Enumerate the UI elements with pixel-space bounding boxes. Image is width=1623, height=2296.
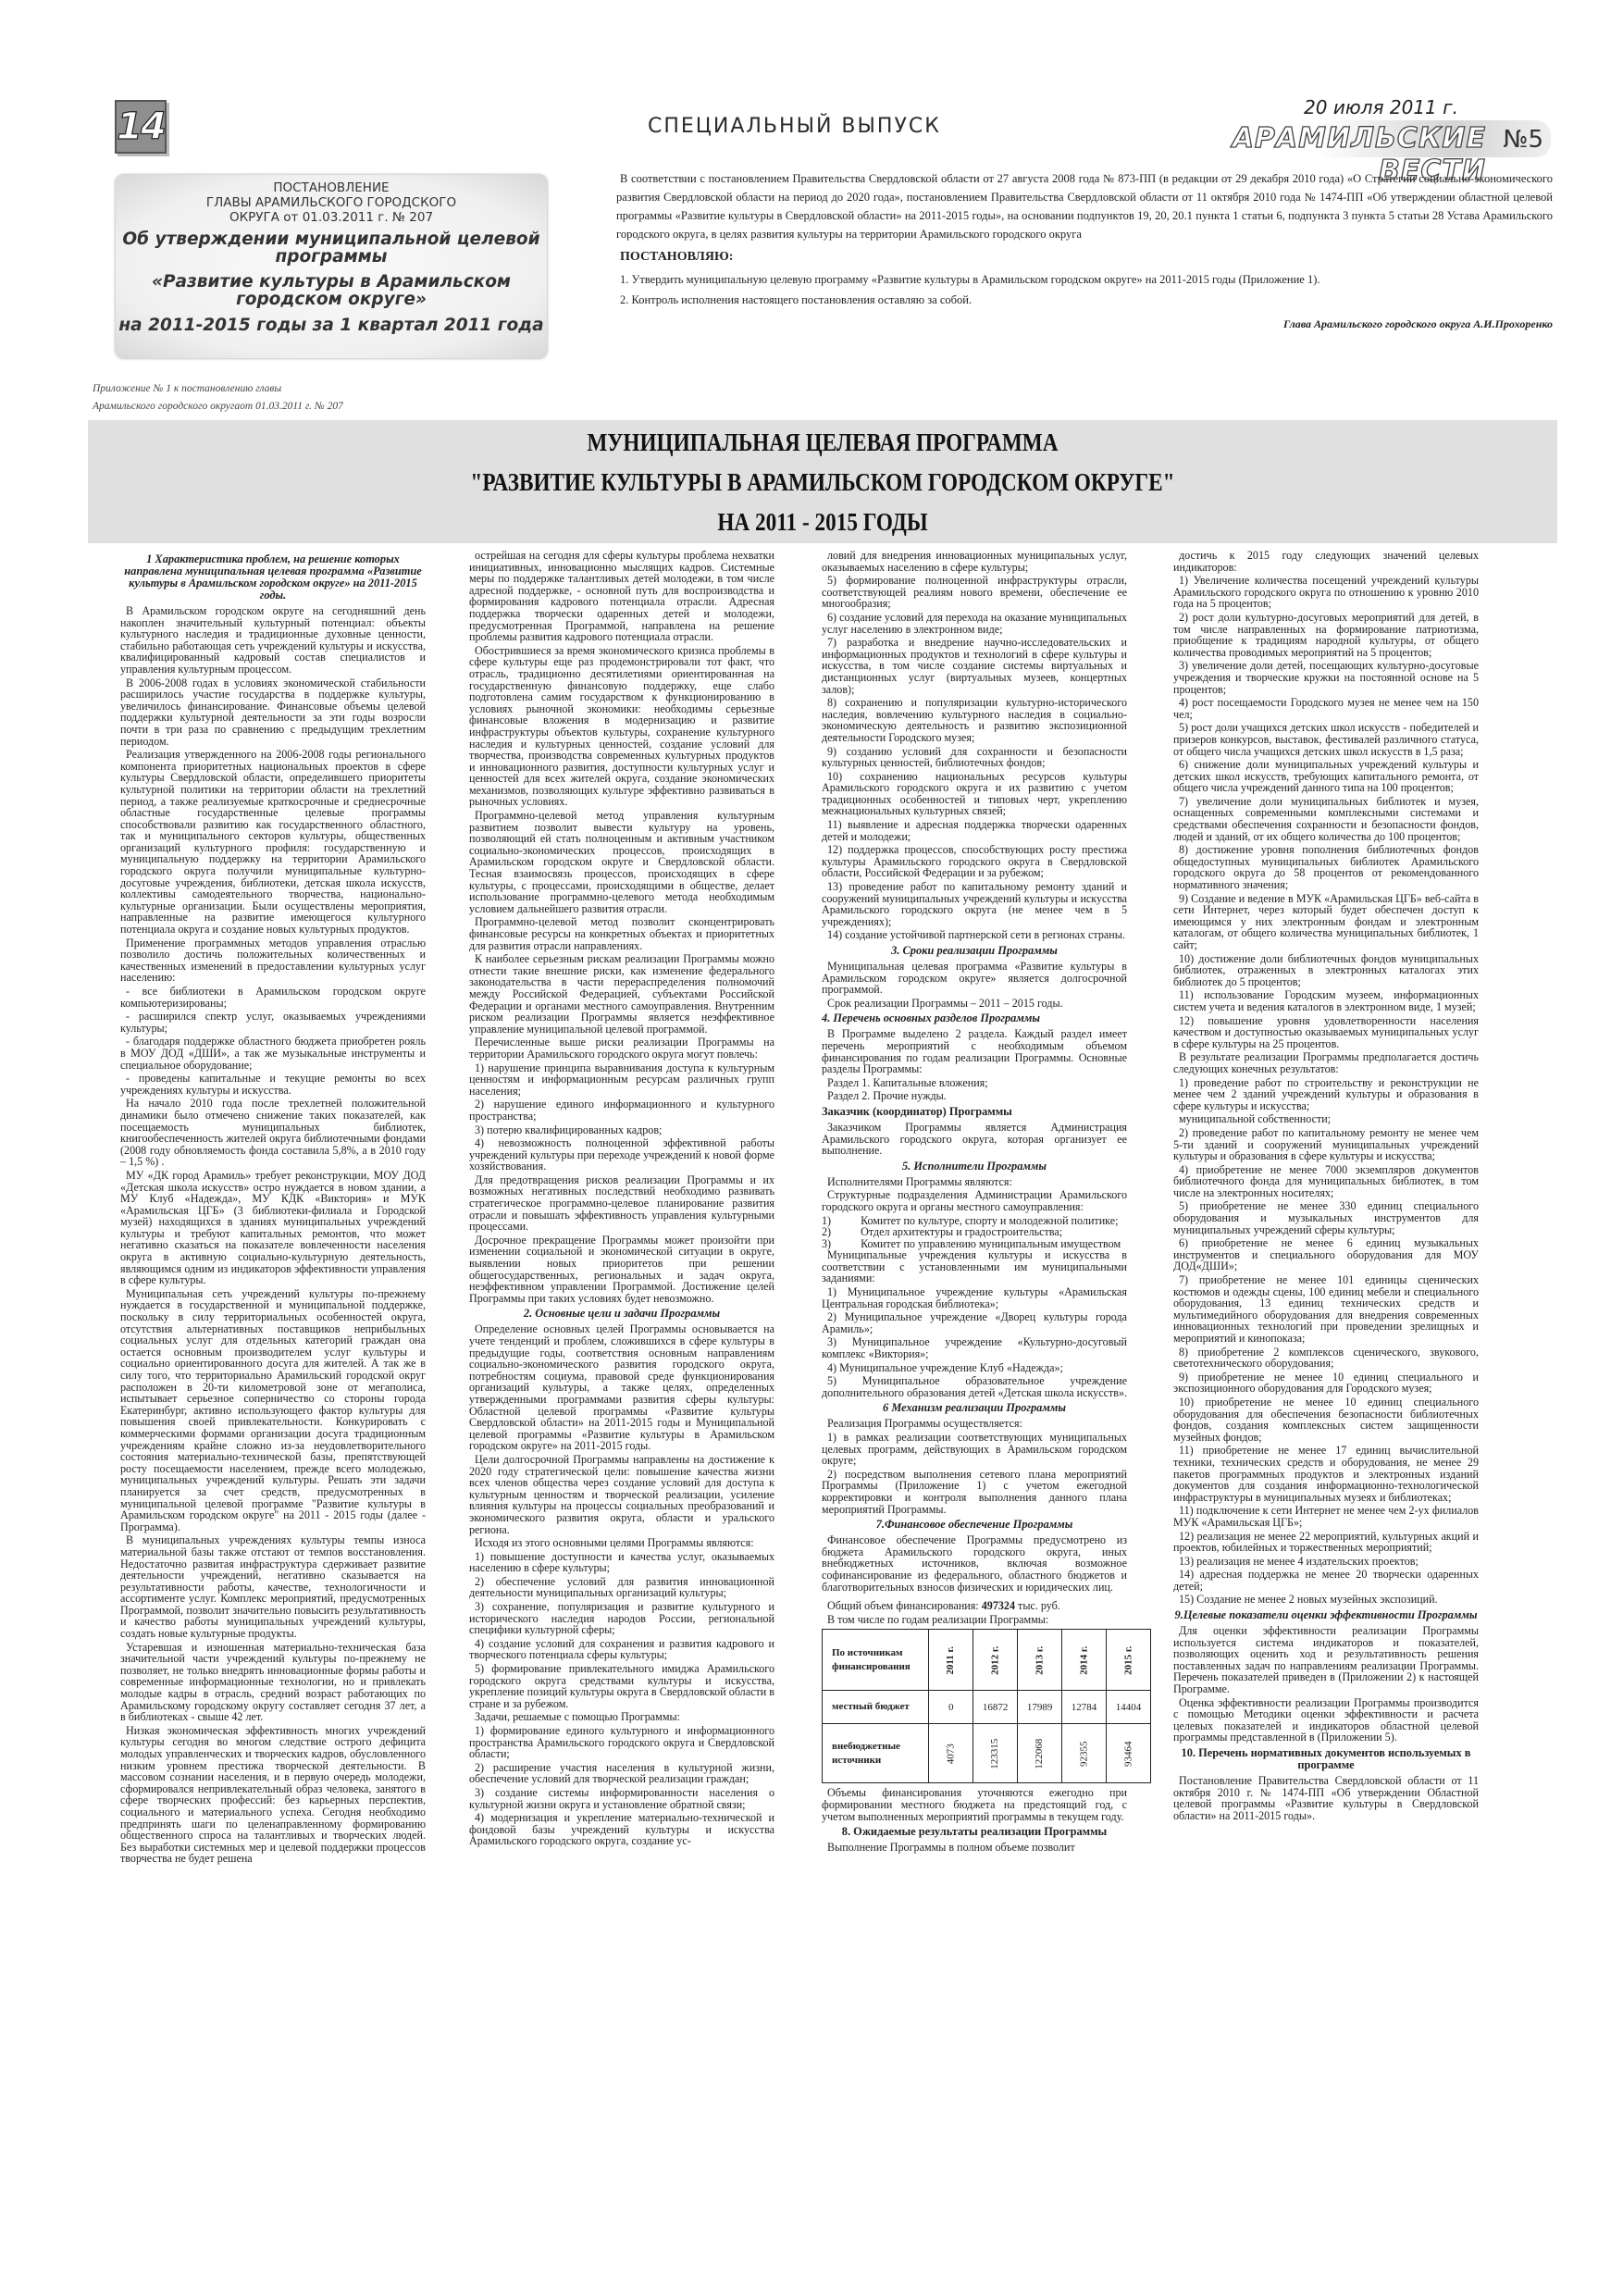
paragraph: Для предотвращения рисков реализации Про…: [469, 1174, 774, 1233]
final-results-intro: В результате реализации Программы предпо…: [1173, 1051, 1479, 1074]
col3-institutions: Муниципальные учреждения культуры и иску…: [822, 1249, 1127, 1398]
normative-docs: Постановление Правительства Свердловской…: [1173, 1775, 1479, 1821]
year-label: 2012 г.: [989, 1645, 1001, 1674]
page-number: 14: [117, 105, 165, 148]
paragraph: 1) проведение работ по строительству и р…: [1173, 1077, 1479, 1112]
cell: 123315: [973, 1724, 1018, 1783]
paragraph: 2) Муниципальное учреждение «Дворец куль…: [822, 1311, 1127, 1334]
col3-executors-intro: Исполнителями Программы являются:Структу…: [822, 1176, 1127, 1213]
year-header: 2015 г.: [1107, 1630, 1151, 1691]
program-title-line1: МУНИЦИПАЛЬНАЯ ЦЕЛЕВАЯ ПРОГРАММА: [191, 423, 1455, 463]
cell-value: 4073: [945, 1744, 957, 1764]
paragraph: МУ «ДК город Арамиль» требует реконструк…: [120, 1170, 426, 1286]
row-source: местный бюджет: [823, 1691, 929, 1724]
cell: 122068: [1018, 1724, 1062, 1783]
appendix-note-line1: Приложение № 1 к постановлению главы: [93, 380, 343, 398]
paragraph: 7) увеличение доли муниципальных библиот…: [1173, 796, 1479, 842]
program-title-banner: МУНИЦИПАЛЬНАЯ ЦЕЛЕВАЯ ПРОГРАММА "РАЗВИТИ…: [88, 420, 1557, 543]
cell: 4073: [929, 1724, 973, 1783]
executor-number: 2): [822, 1226, 831, 1238]
paragraph: 3) потерю квалифицированных кадров;: [469, 1124, 774, 1136]
decree-program: «Развитие культуры в Арамильском городск…: [116, 273, 547, 308]
paragraph: 11) приобретение не менее 17 единиц вычи…: [1173, 1445, 1479, 1503]
paragraph: 12) реализация не менее 22 мероприятий, …: [1173, 1531, 1479, 1554]
executors-list: 1)Комитет по культуре, спорту и молодежн…: [822, 1215, 1127, 1250]
paragraph: Структурные подразделения Администрации …: [822, 1189, 1127, 1212]
paragraph: 15) Создание не менее 2 новых музейных э…: [1173, 1594, 1479, 1606]
paragraph: 9) приобретение не менее 10 единиц специ…: [1173, 1371, 1479, 1395]
paragraph: Программно-целевой метод управления куль…: [469, 810, 774, 914]
paragraph: Оценка эффективности реализации Программ…: [1173, 1697, 1479, 1744]
customer-heading: Заказчик (координатор) Программы: [822, 1106, 1127, 1118]
indicators-intro: достичь к 2015 году следующих значений ц…: [1173, 550, 1479, 573]
finance-table-header: По источникам финансирования 2011 г. 201…: [823, 1630, 1151, 1691]
section-5-heading: 5. Исполнители Программы: [822, 1160, 1127, 1173]
finance-total-value: 497324: [982, 1599, 1015, 1612]
paragraph: Задачи, решаемые с помощью Программы:: [469, 1711, 774, 1723]
decree-title-box: ПОСТАНОВЛЕНИЕ ГЛАВЫ АРАМИЛЬСКОГО ГОРОДСК…: [116, 175, 547, 358]
paragraph: 5) Муниципальное образовательное учрежде…: [822, 1375, 1127, 1398]
year-label: 2014 г.: [1078, 1645, 1090, 1674]
table-row: внебюджетные источники 4073 123315 12206…: [823, 1724, 1151, 1783]
paragraph: 3) создание системы информированности на…: [469, 1787, 774, 1810]
section-10-heading: 10. Перечень нормативных документов испо…: [1173, 1747, 1479, 1771]
cell: 93464: [1107, 1724, 1151, 1783]
paragraph: Досрочное прекращение Программы может пр…: [469, 1235, 774, 1305]
paragraph: На начало 2010 года после трехлетней пол…: [120, 1098, 426, 1168]
program-title-line2: "РАЗВИТИЕ КУЛЬТУРЫ В АРАМИЛЬСКОМ ГОРОДСК…: [191, 463, 1455, 503]
paragraph: 3) сохранение, популяризация и развитие …: [469, 1601, 774, 1636]
paragraph: 6) приобретение не менее 6 единиц музыка…: [1173, 1237, 1479, 1272]
cell-value: 93464: [1122, 1741, 1134, 1767]
page-number-badge: 14: [115, 100, 167, 154]
paragraph: 14) создание устойчивой партнерской сети…: [822, 929, 1127, 941]
paragraph: 2) проведение работ по капитальному ремо…: [1173, 1127, 1479, 1162]
cell: 17989: [1018, 1691, 1062, 1724]
year-header: 2012 г.: [973, 1630, 1018, 1691]
paragraph: Программно-целевой метод позволит сконце…: [469, 916, 774, 951]
paragraph: Цели долгосрочной Программы направлены н…: [469, 1454, 774, 1535]
paragraph: 2) обеспечение условий для развития инно…: [469, 1576, 774, 1599]
appendix-note: Приложение № 1 к постановлению главы Ара…: [93, 380, 343, 416]
cell: 0: [929, 1691, 973, 1724]
paragraph: 7) разработка и внедрение научно-исследо…: [822, 637, 1127, 695]
paragraph: Срок реализации Программы – 2011 – 2015 …: [822, 998, 1127, 1010]
paragraph: - расширился спектр услуг, оказываемых у…: [120, 1011, 426, 1034]
decree-title: Об утверждении муниципальной целевой про…: [116, 230, 547, 266]
after-table-note: Объемы финансирования уточняются ежегодн…: [822, 1787, 1127, 1822]
customer-text: Заказчиком Программы является Администра…: [822, 1122, 1127, 1157]
paragraph: Для оценки эффективности реализации Прог…: [1173, 1625, 1479, 1695]
year-label: 2011 г.: [945, 1645, 957, 1674]
col3-paragraphs-a: ловий для внедрения инновационных муници…: [822, 550, 1127, 941]
issue-label: СПЕЦИАЛЬНЫЙ ВЫПУСК: [648, 115, 941, 138]
paragraph: В Арамильском городском округе на сегодн…: [120, 605, 426, 676]
paragraph: острейшая на сегодня для сферы культуры …: [469, 550, 774, 643]
finance-by-years: В том числе по годам реализации Программ…: [822, 1614, 1127, 1626]
paragraph: 4) рост посещаемости Городского музея не…: [1173, 697, 1479, 720]
paragraph: 10) достижение доли библиотечных фондов …: [1173, 953, 1479, 988]
column-3: ловий для внедрения инновационных муници…: [822, 550, 1127, 1855]
resolve-item: 2. Контроль исполнения настоящего постан…: [620, 291, 1553, 309]
paragraph: 5) формирование полноценной инфраструкту…: [822, 575, 1127, 610]
executor-item: 2)Отдел архитектуры и градостроительства…: [822, 1226, 1127, 1238]
paragraph: Раздел 1. Капитальные вложения;: [822, 1077, 1127, 1089]
results-intro: Выполнение Программы в полном объеме поз…: [822, 1842, 1127, 1854]
paragraph: 4) модернизация и укрепление материально…: [469, 1812, 774, 1847]
paragraph: 2) посредством выполнения сетевого плана…: [822, 1469, 1127, 1515]
paragraph: 12) повышение уровня удовлетворенности н…: [1173, 1015, 1479, 1050]
section-6-heading: 6 Механизм реализации Программы: [822, 1402, 1127, 1414]
cell-value: 92355: [1078, 1741, 1090, 1767]
cell-value: 123315: [989, 1738, 1001, 1769]
paragraph: 7) приобретение не менее 101 единицы сце…: [1173, 1274, 1479, 1345]
paragraph: 13) реализация не менее 4 издательских п…: [1173, 1556, 1479, 1568]
paragraph: - благодаря поддержке областного бюджета…: [120, 1036, 426, 1071]
cell: 14404: [1107, 1691, 1151, 1724]
paragraph: 8) приобретение 2 комплексов сценическог…: [1173, 1347, 1479, 1370]
executor-text: Отдел архитектуры и градостроительства;: [861, 1226, 1062, 1238]
paragraph: 14) адресная поддержка не менее 20 творч…: [1173, 1569, 1479, 1592]
row-source: внебюджетные источники: [823, 1724, 929, 1783]
resolve-heading: ПОСТАНОВЛЯЮ:: [620, 248, 1553, 267]
year-header: 2011 г.: [929, 1630, 973, 1691]
col3-mechanism: Реализация Программы осуществляется:1) в…: [822, 1418, 1127, 1515]
paragraph: 1) формирование единого культурного и ин…: [469, 1725, 774, 1760]
paragraph: - все библиотеки в Арамильском городском…: [120, 986, 426, 1009]
paragraph: - проведены капитальные и текущие ремонт…: [120, 1073, 426, 1096]
section-9-heading: 9.Целевые показатели оценки эффективност…: [1173, 1609, 1479, 1621]
paragraph: 3) Муниципальное учреждение «Культурно-д…: [822, 1336, 1127, 1359]
paragraph: Муниципальные учреждения культуры и иску…: [822, 1249, 1127, 1285]
table-row: местный бюджет 0 16872 17989 12784 14404: [823, 1691, 1151, 1724]
year-label: 2013 г.: [1034, 1645, 1046, 1674]
col2-paragraphs-a: острейшая на сегодня для сферы культуры …: [469, 550, 774, 1304]
finance-total-unit: тыс. руб.: [1018, 1599, 1060, 1612]
program-title-line3: НА 2011 - 2015 ГОДЫ: [191, 503, 1455, 542]
year-header: 2014 г.: [1062, 1630, 1107, 1691]
paragraph: 8) сохранению и популяризации культурно-…: [822, 697, 1127, 743]
paragraph: 2) расширение участия населения в культу…: [469, 1762, 774, 1785]
paragraph: 5) формирование привлекательного имиджа …: [469, 1663, 774, 1709]
appendix-note-line2: Арамильского городского округаот 01.03.2…: [93, 398, 343, 416]
finance-text: Финансовое обеспечение Программы предусм…: [822, 1534, 1127, 1593]
year-label: 2015 г.: [1122, 1645, 1134, 1674]
paragraph: В Программе выделено 2 раздела. Каждый р…: [822, 1028, 1127, 1074]
resolve-item: 1. Утвердить муниципальную целевую прогр…: [620, 270, 1553, 289]
eval-paragraphs: Для оценки эффективности реализации Прог…: [1173, 1625, 1479, 1744]
paragraph: Реализация утвержденного на 2006-2008 го…: [120, 749, 426, 936]
paragraph: К наиболее серьезным рискам реализации П…: [469, 953, 774, 1035]
col3-sections: В Программе выделено 2 раздела. Каждый р…: [822, 1028, 1127, 1102]
paragraph: 13) проведение работ по капитальному рем…: [822, 881, 1127, 927]
decree-kind-line1: ПОСТАНОВЛЕНИЕ: [116, 180, 547, 195]
masthead-title-row: АРАМИЛЬСКИЕ ВЕСТИ №5: [1162, 120, 1551, 157]
decree-period: на 2011-2015 годы за 1 квартал 2011 года: [116, 316, 547, 335]
paragraph: Раздел 2. Прочие нужды.: [822, 1090, 1127, 1102]
section-2-heading: 2. Основные цели и задачи Программы: [469, 1308, 774, 1320]
paragraph: Обострившиеся за время экономического кр…: [469, 645, 774, 808]
paragraph: ловий для внедрения инновационных муници…: [822, 550, 1127, 573]
paragraph: 9) созданию условий для сохранности и бе…: [822, 746, 1127, 769]
paragraph: 5) приобретение не менее 330 единиц спец…: [1173, 1200, 1479, 1235]
paragraph: Перечисленные выше риски реализации Прог…: [469, 1036, 774, 1060]
paragraph: Определение основных целей Программы осн…: [469, 1323, 774, 1452]
section-1-heading: 1 Характеристика проблем, на решение кот…: [120, 553, 426, 602]
finance-total-label: Общий объем финансирования:: [827, 1599, 979, 1612]
paragraph: Исполнителями Программы являются:: [822, 1176, 1127, 1188]
section-4-heading: 4. Перечень основных разделов Программы: [822, 1012, 1127, 1024]
paragraph: Применение программных методов управлени…: [120, 937, 426, 984]
col1-paragraphs: В Арамильском городском округе на сегодн…: [120, 605, 426, 1865]
paragraph: 8) достижение уровня пополнения библиоте…: [1173, 844, 1479, 890]
section-8-heading: 8. Ожидаемые результаты реализации Прогр…: [822, 1826, 1127, 1838]
paragraph: 9) Создание и ведение в МУК «Арамильская…: [1173, 893, 1479, 951]
paragraph: 2) нарушение единого информационного и к…: [469, 1098, 774, 1122]
cell: 12784: [1062, 1691, 1107, 1724]
signature: Глава Арамильского городского округа А.И…: [616, 315, 1553, 333]
preamble-text: В соответствии с постановлением Правител…: [616, 169, 1553, 243]
issue-date: 20 июля 2011 г.: [1162, 96, 1551, 118]
final-results-list: 1) проведение работ по строительству и р…: [1173, 1077, 1479, 1607]
paragraph: 11) использование Городским музеем, инфо…: [1173, 989, 1479, 1012]
paragraph: Муниципальная целевая программа «Развити…: [822, 961, 1127, 996]
issue-number: №5: [1503, 126, 1543, 154]
paragraph: Устаревшая и изношенная материально-техн…: [120, 1642, 426, 1723]
year-header: 2013 г.: [1018, 1630, 1062, 1691]
paragraph: 1) повышение доступности и качества услу…: [469, 1551, 774, 1574]
paragraph: 4) невозможность полноценной эффективной…: [469, 1137, 774, 1173]
paragraph: Реализация Программы осуществляется:: [822, 1418, 1127, 1430]
finance-table-source-header: По источникам финансирования: [823, 1630, 929, 1691]
masthead: 20 июля 2011 г. АРАМИЛЬСКИЕ ВЕСТИ №5: [1162, 96, 1551, 157]
paragraph: 6) создание условий для перехода на оказ…: [822, 612, 1127, 635]
paragraph: Муниципальная сеть учреждений культуры п…: [120, 1288, 426, 1533]
paragraph: 1) Муниципальное учреждение культуры «Ар…: [822, 1286, 1127, 1309]
col2-paragraphs-b: Определение основных целей Программы осн…: [469, 1323, 774, 1847]
paragraph: 4) приобретение не менее 7000 экземпляро…: [1173, 1164, 1479, 1199]
indicators-list: 1) Увеличение количества посещений учреж…: [1173, 575, 1479, 1049]
paragraph: Низкая экономическая эффективность многи…: [120, 1725, 426, 1865]
paragraph: 1) нарушение принципа выравнивания досту…: [469, 1062, 774, 1098]
column-1: 1 Характеристика проблем, на решение кот…: [120, 550, 426, 1867]
paragraph: 5) рост доли учащихся детских школ искус…: [1173, 722, 1479, 757]
finance-total: Общий объем финансирования: 497324 тыс. …: [822, 1600, 1127, 1612]
paragraph: 4) Муниципальное учреждение Клуб «Надежд…: [822, 1362, 1127, 1374]
paragraph: 11) выявление и адресная поддержка творч…: [822, 819, 1127, 842]
paragraph: 6) снижение доли муниципальных учреждени…: [1173, 759, 1479, 794]
paragraph: Исходя из этого основными целями Програм…: [469, 1537, 774, 1549]
paragraph: 10) сохранению национальных ресурсов кул…: [822, 771, 1127, 817]
column-4: достичь к 2015 году следующих значений ц…: [1173, 550, 1479, 1823]
finance-table: По источникам финансирования 2011 г. 201…: [822, 1629, 1151, 1783]
cell: 16872: [973, 1691, 1018, 1724]
decree-kind-line3: ОКРУГА от 01.03.2011 г. № 207: [116, 210, 547, 225]
column-2: острейшая на сегодня для сферы культуры …: [469, 550, 774, 1849]
col3-terms: Муниципальная целевая программа «Развити…: [822, 961, 1127, 1009]
cell-value: 122068: [1034, 1738, 1046, 1769]
paragraph: муниципальной собственности;: [1173, 1113, 1479, 1125]
decree-kind-line2: ГЛАВЫ АРАМИЛЬСКОГО ГОРОДСКОГО: [116, 195, 547, 210]
paragraph: 12) поддержка процессов, способствующих …: [822, 844, 1127, 879]
paragraph: 1) в рамках реализации соответствующих м…: [822, 1432, 1127, 1467]
paragraph: В муниципальных учреждениях культуры тем…: [120, 1534, 426, 1639]
cell: 92355: [1062, 1724, 1107, 1783]
paragraph: 10) приобретение не менее 10 единиц спец…: [1173, 1396, 1479, 1443]
section-7-heading: 7.Финансовое обеспечение Программы: [822, 1519, 1127, 1531]
paragraph: 4) создание условий для сохранения и раз…: [469, 1638, 774, 1661]
decree-preamble: В соответствии с постановлением Правител…: [616, 169, 1553, 333]
section-3-heading: 3. Сроки реализации Программы: [822, 945, 1127, 957]
paragraph: В 2006-2008 годах в условиях экономическ…: [120, 677, 426, 748]
paragraph: 1) Увеличение количества посещений учреж…: [1173, 575, 1479, 610]
paragraph: 11) подключение к сети Интернет не менее…: [1173, 1505, 1479, 1528]
paragraph: 3) увеличение доли детей, посещающих кул…: [1173, 660, 1479, 695]
paragraph: 2) рост доли культурно-досуговых меропри…: [1173, 612, 1479, 658]
